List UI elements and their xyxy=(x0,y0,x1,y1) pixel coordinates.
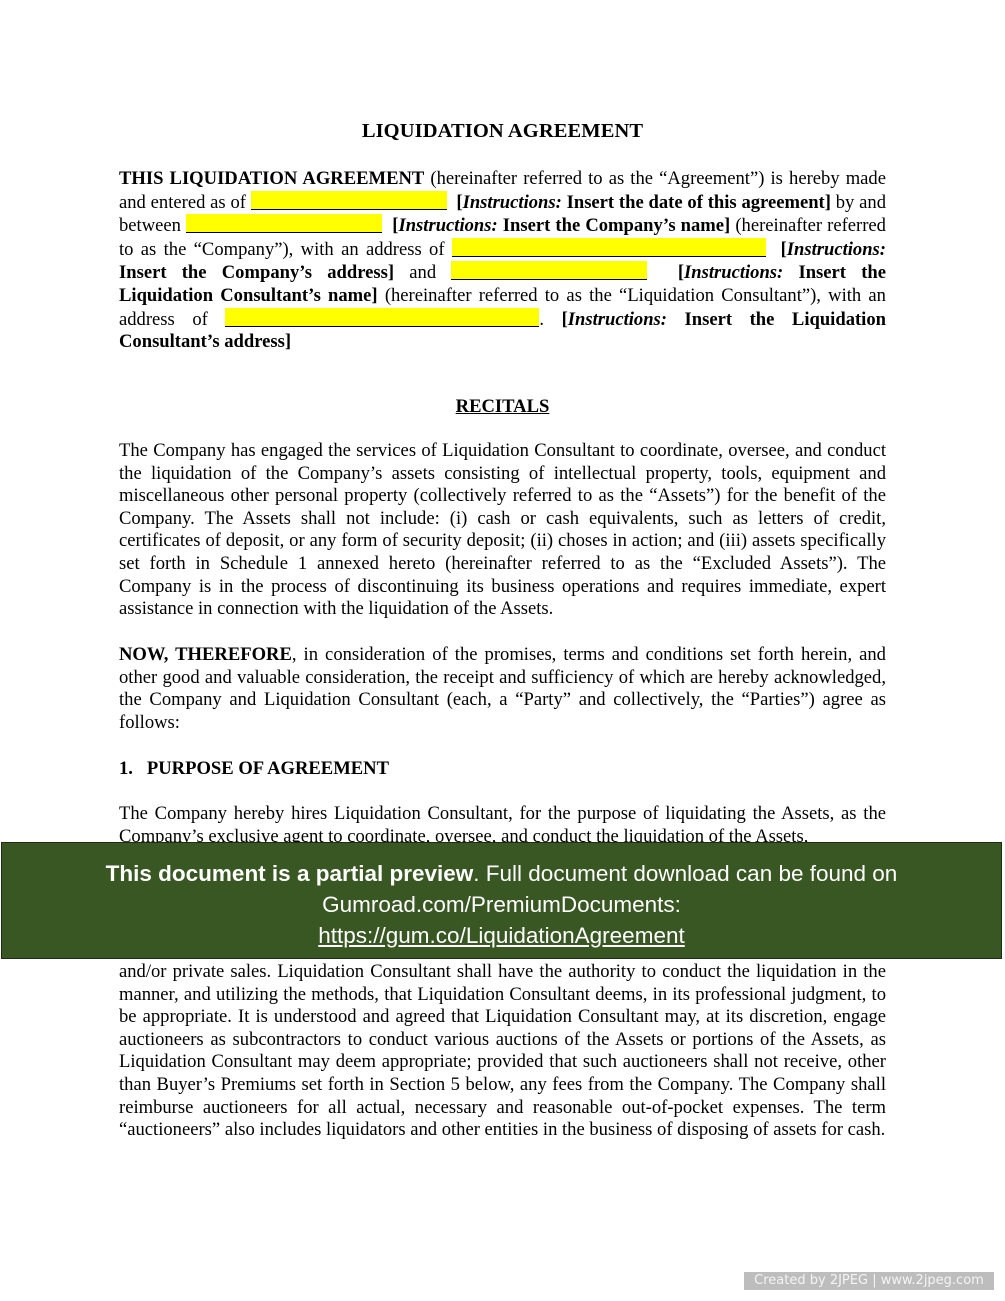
document-title: LIQUIDATION AGREEMENT xyxy=(119,120,886,143)
banner-line-1: This document is a partial preview. Full… xyxy=(2,858,1001,889)
consultant-address-field[interactable] xyxy=(225,308,539,327)
intro-lead: THIS LIQUIDATION AGREEMENT xyxy=(119,168,424,189)
instructions-label: Instructions: xyxy=(398,215,497,236)
instructions-label: Instructions: xyxy=(787,239,886,260)
recitals-paragraph: The Company has engaged the services of … xyxy=(119,440,886,621)
section-1-paragraph-bottom: and/or private sales. Liquidation Consul… xyxy=(119,961,886,1142)
banner-text: . Full document download can be found on xyxy=(473,861,897,886)
instructions-label: Instructions: xyxy=(684,262,783,283)
banner-bold-text: This document is a partial preview xyxy=(106,861,474,886)
preview-banner: This document is a partial preview. Full… xyxy=(1,842,1002,959)
banner-download-link[interactable]: https://gum.co/LiquidationAgreement xyxy=(318,923,684,948)
watermark: Created by 2JPEG | www.2jpeg.com xyxy=(744,1272,994,1290)
now-therefore-paragraph: NOW, THEREFORE, in consideration of the … xyxy=(119,644,886,734)
section-1-heading: 1. PURPOSE OF AGREEMENT xyxy=(119,758,389,780)
consultant-name-field[interactable] xyxy=(451,261,647,280)
intro-text: and xyxy=(394,262,451,283)
instruction-company-name: Insert the Company’s name] xyxy=(498,215,731,236)
company-name-field[interactable] xyxy=(186,214,382,233)
instructions-label: Instructions: xyxy=(463,192,562,213)
recitals-heading: RECITALS xyxy=(119,396,886,418)
company-address-field[interactable] xyxy=(452,238,766,257)
date-field[interactable] xyxy=(251,191,447,210)
intro-paragraph: THIS LIQUIDATION AGREEMENT (hereinafter … xyxy=(119,168,886,354)
instruction-company-address: Insert the Company’s address] xyxy=(119,262,394,283)
banner-line-2: Gumroad.com/PremiumDocuments: xyxy=(2,889,1001,920)
instruction-date: Insert the date of this agreement] xyxy=(562,192,831,213)
instructions-label: Instructions: xyxy=(568,309,667,330)
now-therefore-lead: NOW, THEREFORE xyxy=(119,644,292,665)
intro-text: . xyxy=(539,309,561,330)
